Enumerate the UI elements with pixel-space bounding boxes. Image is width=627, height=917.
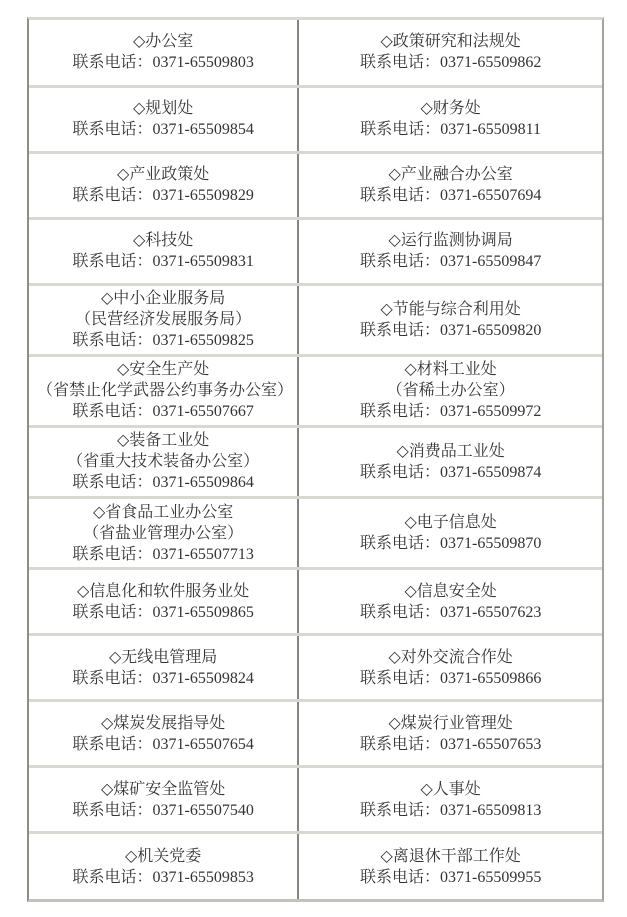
department-name: ◇财务处 xyxy=(307,98,594,119)
phone-label: 联系电话： xyxy=(72,802,152,819)
contact-cell: ◇电子信息处 联系电话：0371-65509870 xyxy=(298,497,602,568)
department-label: 产业融合办公室 xyxy=(401,166,513,183)
phone-label: 联系电话： xyxy=(360,121,440,138)
phone-label: 联系电话： xyxy=(360,869,440,886)
contact-cell: ◇消费品工业处 联系电话：0371-65509874 xyxy=(298,426,602,497)
phone-number: 0371-65509811 xyxy=(440,121,541,138)
diamond-icon: ◇ xyxy=(117,432,129,449)
diamond-icon: ◇ xyxy=(388,649,400,666)
phone-number: 0371-65507623 xyxy=(440,604,541,621)
diamond-icon: ◇ xyxy=(380,848,392,865)
department-label: 科技处 xyxy=(145,232,193,249)
department-alt-name: （省禁止化学武器公约事务办公室） xyxy=(37,380,289,401)
phone-label: 联系电话： xyxy=(72,121,152,138)
diamond-icon: ◇ xyxy=(404,514,416,531)
contact-table-wrapper: ◇办公室 联系电话：0371-65509803 ◇政策研究和法规处 联系电话：0… xyxy=(27,17,604,902)
contact-cell: ◇煤炭行业管理处 联系电话：0371-65507653 xyxy=(298,701,602,767)
phone-line: 联系电话：0371-65509972 xyxy=(307,401,594,422)
phone-line: 联系电话：0371-65509831 xyxy=(37,251,289,272)
phone-label: 联系电话： xyxy=(72,474,152,491)
phone-label: 联系电话： xyxy=(360,736,440,753)
phone-line: 联系电话：0371-65509870 xyxy=(307,533,594,554)
diamond-icon: ◇ xyxy=(404,361,416,378)
phone-number: 0371-65507540 xyxy=(152,802,253,819)
phone-label: 联系电话： xyxy=(72,332,152,349)
contact-cell: ◇产业融合办公室 联系电话：0371-65507694 xyxy=(298,152,602,218)
department-label: 装备工业处 xyxy=(129,432,209,449)
diamond-icon: ◇ xyxy=(420,781,432,798)
department-name: ◇煤炭行业管理处 xyxy=(307,713,594,734)
department-name: ◇节能与综合利用处 xyxy=(307,299,594,320)
department-name: ◇信息安全处 xyxy=(307,581,594,602)
contact-row: ◇装备工业处 （省重大技术装备办公室） 联系电话：0371-65509864 ◇… xyxy=(29,426,602,497)
diamond-icon: ◇ xyxy=(133,232,145,249)
phone-line: 联系电话：0371-65509820 xyxy=(307,320,594,341)
department-label: 消费品工业处 xyxy=(409,443,505,460)
contact-row: ◇煤炭发展指导处 联系电话：0371-65507654 ◇煤炭行业管理处 联系电… xyxy=(29,701,602,767)
phone-line: 联系电话：0371-65509955 xyxy=(307,867,594,888)
contact-cell: ◇产业政策处 联系电话：0371-65509829 xyxy=(29,152,298,218)
contact-cell: ◇规划处 联系电话：0371-65509854 xyxy=(29,86,298,152)
department-name: ◇材料工业处 xyxy=(307,359,594,380)
contact-cell: ◇机关党委 联系电话：0371-65509853 xyxy=(29,833,298,899)
diamond-icon: ◇ xyxy=(117,166,129,183)
department-name: ◇电子信息处 xyxy=(307,512,594,533)
phone-line: 联系电话：0371-65509865 xyxy=(37,602,289,623)
phone-number: 0371-65509825 xyxy=(152,332,253,349)
phone-line: 联系电话：0371-65507713 xyxy=(37,544,289,565)
diamond-icon: ◇ xyxy=(93,504,105,521)
contact-cell: ◇无线电管理局 联系电话：0371-65509824 xyxy=(29,635,298,701)
department-name: ◇科技处 xyxy=(37,230,289,251)
department-alt-name: （省盐业管理办公室） xyxy=(37,523,289,544)
diamond-icon: ◇ xyxy=(77,583,89,600)
department-label: 无线电管理局 xyxy=(121,649,217,666)
phone-label: 联系电话： xyxy=(360,322,440,339)
phone-number: 0371-65509813 xyxy=(440,802,541,819)
phone-number: 0371-65509829 xyxy=(152,187,253,204)
phone-label: 联系电话： xyxy=(72,546,152,563)
contact-cell: ◇对外交流合作处 联系电话：0371-65509866 xyxy=(298,635,602,701)
department-label: 运行监测协调局 xyxy=(401,232,513,249)
phone-label: 联系电话： xyxy=(360,253,440,270)
department-name: ◇安全生产处 xyxy=(37,359,289,380)
contact-row: ◇产业政策处 联系电话：0371-65509829 ◇产业融合办公室 联系电话：… xyxy=(29,152,602,218)
phone-number: 0371-65509803 xyxy=(152,54,253,71)
department-label: 信息化和软件服务业处 xyxy=(89,583,249,600)
phone-label: 联系电话： xyxy=(72,403,152,420)
phone-number: 0371-65509847 xyxy=(440,253,541,270)
department-label: 离退休干部工作处 xyxy=(393,848,521,865)
phone-number: 0371-65509865 xyxy=(152,604,253,621)
phone-number: 0371-65509824 xyxy=(152,670,253,687)
phone-line: 联系电话：0371-65509811 xyxy=(307,119,594,140)
department-label: 机关党委 xyxy=(137,848,201,865)
phone-line: 联系电话：0371-65509829 xyxy=(37,185,289,206)
diamond-icon: ◇ xyxy=(125,848,137,865)
department-name: ◇无线电管理局 xyxy=(37,647,289,668)
diamond-icon: ◇ xyxy=(101,781,113,798)
phone-line: 联系电话：0371-65507654 xyxy=(37,734,289,755)
diamond-icon: ◇ xyxy=(133,33,145,50)
phone-number: 0371-65507653 xyxy=(440,736,541,753)
contact-cell: ◇煤矿安全监管处 联系电话：0371-65507540 xyxy=(29,767,298,833)
department-name: ◇信息化和软件服务业处 xyxy=(37,581,289,602)
phone-number: 0371-65509862 xyxy=(440,54,541,71)
phone-number: 0371-65509866 xyxy=(440,670,541,687)
diamond-icon: ◇ xyxy=(420,100,432,117)
diamond-icon: ◇ xyxy=(101,715,113,732)
department-label: 材料工业处 xyxy=(417,361,497,378)
phone-label: 联系电话： xyxy=(360,464,440,481)
phone-line: 联系电话：0371-65509864 xyxy=(37,472,289,493)
department-label: 财务处 xyxy=(433,100,481,117)
contact-row: ◇信息化和软件服务业处 联系电话：0371-65509865 ◇信息安全处 联系… xyxy=(29,569,602,635)
phone-line: 联系电话：0371-65509803 xyxy=(37,52,289,73)
contact-cell: ◇财务处 联系电话：0371-65509811 xyxy=(298,86,602,152)
contact-row: ◇省食品工业办公室 （省盐业管理办公室） 联系电话：0371-65507713 … xyxy=(29,497,602,568)
contact-row: ◇办公室 联系电话：0371-65509803 ◇政策研究和法规处 联系电话：0… xyxy=(29,20,602,86)
phone-label: 联系电话： xyxy=(72,869,152,886)
phone-number: 0371-65509955 xyxy=(440,869,541,886)
contact-row: ◇中小企业服务局 （民营经济发展服务局） 联系电话：0371-65509825 … xyxy=(29,284,602,355)
department-label: 规划处 xyxy=(145,100,193,117)
contact-cell: ◇办公室 联系电话：0371-65509803 xyxy=(29,20,298,86)
contact-cell: ◇安全生产处 （省禁止化学武器公约事务办公室） 联系电话：0371-655076… xyxy=(29,355,298,426)
phone-line: 联系电话：0371-65509853 xyxy=(37,867,289,888)
phone-number: 0371-65509874 xyxy=(440,464,541,481)
phone-number: 0371-65507694 xyxy=(440,187,541,204)
department-name: ◇规划处 xyxy=(37,98,289,119)
phone-label: 联系电话： xyxy=(360,670,440,687)
phone-line: 联系电话：0371-65509866 xyxy=(307,668,594,689)
contact-cell: ◇装备工业处 （省重大技术装备办公室） 联系电话：0371-65509864 xyxy=(29,426,298,497)
department-name: ◇办公室 xyxy=(37,31,289,52)
department-label: 省食品工业办公室 xyxy=(105,504,233,521)
department-alt-name: （省稀土办公室） xyxy=(307,380,594,401)
diamond-icon: ◇ xyxy=(117,361,129,378)
phone-label: 联系电话： xyxy=(360,604,440,621)
department-label: 信息安全处 xyxy=(417,583,497,600)
department-name: ◇省食品工业办公室 xyxy=(37,502,289,523)
department-alt-name: （省重大技术装备办公室） xyxy=(37,451,289,472)
contact-cell: ◇信息化和软件服务业处 联系电话：0371-65509865 xyxy=(29,569,298,635)
phone-label: 联系电话： xyxy=(72,736,152,753)
department-label: 对外交流合作处 xyxy=(401,649,513,666)
contact-cell: ◇中小企业服务局 （民营经济发展服务局） 联系电话：0371-65509825 xyxy=(29,284,298,355)
phone-number: 0371-65509854 xyxy=(152,121,253,138)
contact-cell: ◇科技处 联系电话：0371-65509831 xyxy=(29,218,298,284)
phone-line: 联系电话：0371-65507694 xyxy=(307,185,594,206)
contact-cell: ◇材料工业处 （省稀土办公室） 联系电话：0371-65509972 xyxy=(298,355,602,426)
department-name: ◇产业融合办公室 xyxy=(307,164,594,185)
department-name: ◇煤矿安全监管处 xyxy=(37,779,289,800)
contact-cell: ◇运行监测协调局 联系电话：0371-65509847 xyxy=(298,218,602,284)
phone-line: 联系电话：0371-65507540 xyxy=(37,800,289,821)
phone-number: 0371-65507713 xyxy=(152,546,253,563)
contact-cell: ◇人事处 联系电话：0371-65509813 xyxy=(298,767,602,833)
contact-table: ◇办公室 联系电话：0371-65509803 ◇政策研究和法规处 联系电话：0… xyxy=(29,20,602,899)
department-name: ◇中小企业服务局 xyxy=(37,288,289,309)
phone-label: 联系电话： xyxy=(360,403,440,420)
department-label: 产业政策处 xyxy=(129,166,209,183)
phone-line: 联系电话：0371-65509862 xyxy=(307,52,594,73)
phone-line: 联系电话：0371-65507667 xyxy=(37,401,289,422)
department-name: ◇人事处 xyxy=(307,779,594,800)
department-label: 煤炭行业管理处 xyxy=(401,715,513,732)
department-label: 政策研究和法规处 xyxy=(393,33,521,50)
phone-label: 联系电话： xyxy=(360,802,440,819)
diamond-icon: ◇ xyxy=(388,166,400,183)
diamond-icon: ◇ xyxy=(396,443,408,460)
department-name: ◇煤炭发展指导处 xyxy=(37,713,289,734)
phone-number: 0371-65509853 xyxy=(152,869,253,886)
department-name: ◇政策研究和法规处 xyxy=(307,31,594,52)
department-label: 节能与综合利用处 xyxy=(393,301,521,318)
phone-line: 联系电话：0371-65509824 xyxy=(37,668,289,689)
department-name: ◇产业政策处 xyxy=(37,164,289,185)
department-label: 安全生产处 xyxy=(129,361,209,378)
phone-number: 0371-65509831 xyxy=(152,253,253,270)
phone-line: 联系电话：0371-65509813 xyxy=(307,800,594,821)
contact-cell: ◇离退休干部工作处 联系电话：0371-65509955 xyxy=(298,833,602,899)
phone-line: 联系电话：0371-65509825 xyxy=(37,330,289,351)
department-label: 中小企业服务局 xyxy=(113,290,225,307)
diamond-icon: ◇ xyxy=(388,715,400,732)
page: ◇办公室 联系电话：0371-65509803 ◇政策研究和法规处 联系电话：0… xyxy=(0,0,627,917)
diamond-icon: ◇ xyxy=(109,649,121,666)
phone-number: 0371-65509864 xyxy=(152,474,253,491)
diamond-icon: ◇ xyxy=(380,301,392,318)
department-name: ◇离退休干部工作处 xyxy=(307,846,594,867)
phone-number: 0371-65509870 xyxy=(440,535,541,552)
department-alt-name: （民营经济发展服务局） xyxy=(37,309,289,330)
contact-cell: ◇信息安全处 联系电话：0371-65507623 xyxy=(298,569,602,635)
phone-number: 0371-65507654 xyxy=(152,736,253,753)
phone-number: 0371-65507667 xyxy=(152,403,253,420)
contact-row: ◇煤矿安全监管处 联系电话：0371-65507540 ◇人事处 联系电话：03… xyxy=(29,767,602,833)
department-label: 电子信息处 xyxy=(417,514,497,531)
diamond-icon: ◇ xyxy=(404,583,416,600)
department-label: 煤矿安全监管处 xyxy=(113,781,225,798)
contact-cell: ◇节能与综合利用处 联系电话：0371-65509820 xyxy=(298,284,602,355)
phone-label: 联系电话： xyxy=(72,604,152,621)
phone-label: 联系电话： xyxy=(72,187,152,204)
phone-label: 联系电话： xyxy=(360,187,440,204)
department-label: 煤炭发展指导处 xyxy=(113,715,225,732)
contact-row: ◇规划处 联系电话：0371-65509854 ◇财务处 联系电话：0371-6… xyxy=(29,86,602,152)
department-name: ◇装备工业处 xyxy=(37,430,289,451)
diamond-icon: ◇ xyxy=(380,33,392,50)
department-name: ◇运行监测协调局 xyxy=(307,230,594,251)
contact-row: ◇机关党委 联系电话：0371-65509853 ◇离退休干部工作处 联系电话：… xyxy=(29,833,602,899)
phone-label: 联系电话： xyxy=(360,535,440,552)
phone-label: 联系电话： xyxy=(72,253,152,270)
contact-row: ◇无线电管理局 联系电话：0371-65509824 ◇对外交流合作处 联系电话… xyxy=(29,635,602,701)
phone-number: 0371-65509972 xyxy=(440,403,541,420)
phone-line: 联系电话：0371-65507653 xyxy=(307,734,594,755)
phone-label: 联系电话： xyxy=(360,54,440,71)
phone-line: 联系电话：0371-65507623 xyxy=(307,602,594,623)
phone-line: 联系电话：0371-65509847 xyxy=(307,251,594,272)
department-name: ◇消费品工业处 xyxy=(307,441,594,462)
department-label: 人事处 xyxy=(433,781,481,798)
contact-cell: ◇省食品工业办公室 （省盐业管理办公室） 联系电话：0371-65507713 xyxy=(29,497,298,568)
phone-label: 联系电话： xyxy=(72,670,152,687)
phone-line: 联系电话：0371-65509854 xyxy=(37,119,289,140)
contact-cell: ◇煤炭发展指导处 联系电话：0371-65507654 xyxy=(29,701,298,767)
phone-number: 0371-65509820 xyxy=(440,322,541,339)
phone-label: 联系电话： xyxy=(72,54,152,71)
diamond-icon: ◇ xyxy=(101,290,113,307)
phone-line: 联系电话：0371-65509874 xyxy=(307,462,594,483)
contact-cell: ◇政策研究和法规处 联系电话：0371-65509862 xyxy=(298,20,602,86)
department-name: ◇机关党委 xyxy=(37,846,289,867)
contact-row: ◇科技处 联系电话：0371-65509831 ◇运行监测协调局 联系电话：03… xyxy=(29,218,602,284)
department-label: 办公室 xyxy=(145,33,193,50)
diamond-icon: ◇ xyxy=(388,232,400,249)
department-name: ◇对外交流合作处 xyxy=(307,647,594,668)
contact-row: ◇安全生产处 （省禁止化学武器公约事务办公室） 联系电话：0371-655076… xyxy=(29,355,602,426)
diamond-icon: ◇ xyxy=(133,100,145,117)
